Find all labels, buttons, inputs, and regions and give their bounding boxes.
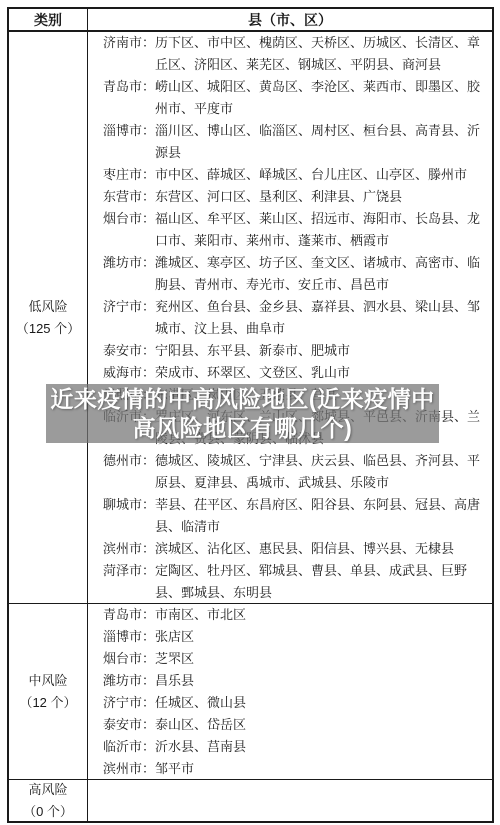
risk-area-document: 类别 县（市、区） 低风险 （125 个） 济南市：历下区、市中区、槐荫区、天桥… <box>0 0 500 825</box>
section-entries-high <box>88 780 492 821</box>
watermark-line1: 近来疫情的中高风险地区(近来疫情中 <box>50 385 434 414</box>
city-name: 青岛市： <box>103 607 155 622</box>
area-list: 滨城区、沾化区、惠民县、阳信县、博兴县、无棣县 <box>155 541 454 556</box>
watermark-line2: 高风险地区有哪几个) <box>133 414 353 443</box>
area-list: 市南区、市北区 <box>155 607 246 622</box>
city-entry: 泰安市：泰山区、岱岳区 <box>103 714 490 736</box>
watermark-overlay: 近来疫情的中高风险地区(近来疫情中 高风险地区有哪几个) <box>46 384 439 443</box>
city-name: 枣庄市： <box>103 167 155 182</box>
section-label-count: （0 个） <box>23 801 73 822</box>
city-entry: 淄博市：淄川区、博山区、临淄区、周村区、桓台县、高青县、沂源县 <box>103 120 490 164</box>
city-entry: 东营市：东营区、河口区、垦利区、利津县、广饶县 <box>103 186 490 208</box>
city-entry: 济南市：历下区、市中区、槐荫区、天桥区、历城区、长清区、章丘区、济阳区、莱芜区、… <box>103 32 490 76</box>
area-list: 德城区、陵城区、宁津县、庆云县、临邑县、齐河县、平原县、夏津县、禹城市、武城县、… <box>155 453 480 490</box>
area-list: 兖州区、鱼台县、金乡县、嘉祥县、泗水县、梁山县、邹城市、汶上县、曲阜市 <box>155 299 480 336</box>
city-name: 泰安市： <box>103 343 155 358</box>
city-name: 济宁市： <box>103 695 155 710</box>
area-list: 定陶区、牡丹区、郓城县、曹县、单县、成武县、巨野县、鄄城县、东明县 <box>155 563 467 600</box>
section-medium-risk: 中风险 （12 个） 青岛市：市南区、市北区 淄博市：张店区 烟台市：芝罘区 潍… <box>9 604 492 780</box>
area-list: 邹平市 <box>155 761 194 776</box>
city-entry: 淄博市：张店区 <box>103 626 490 648</box>
area-list: 沂水县、莒南县 <box>155 739 246 754</box>
city-name: 淄博市： <box>103 629 155 644</box>
city-name: 聊城市： <box>103 497 155 512</box>
city-entry: 潍坊市：昌乐县 <box>103 670 490 692</box>
area-list: 东营区、河口区、垦利区、利津县、广饶县 <box>155 189 402 204</box>
area-list: 淄川区、博山区、临淄区、周村区、桓台县、高青县、沂源县 <box>155 123 480 160</box>
section-label-high: 高风险 （0 个） <box>9 780 88 821</box>
header-category: 类别 <box>9 9 88 30</box>
city-name: 烟台市： <box>103 651 155 666</box>
section-label-title: 中风险 <box>28 670 67 692</box>
section-label-medium: 中风险 （12 个） <box>9 604 88 779</box>
area-list: 任城区、微山县 <box>155 695 246 710</box>
city-name: 威海市： <box>103 365 155 380</box>
city-entry: 烟台市：芝罘区 <box>103 648 490 670</box>
city-entry: 临沂市：沂水县、莒南县 <box>103 736 490 758</box>
city-name: 济宁市： <box>103 299 155 314</box>
city-name: 青岛市： <box>103 79 155 94</box>
city-entry: 菏泽市：定陶区、牡丹区、郓城县、曹县、单县、成武县、巨野县、鄄城县、东明县 <box>103 560 490 603</box>
city-name: 滨州市： <box>103 761 155 776</box>
section-label-count: （125 个） <box>16 318 80 340</box>
city-entry: 青岛市：崂山区、城阳区、黄岛区、李沧区、莱西市、即墨区、胶州市、平度市 <box>103 76 490 120</box>
area-list: 市中区、薛城区、峄城区、台儿庄区、山亭区、滕州市 <box>155 167 467 182</box>
section-low-risk: 低风险 （125 个） 济南市：历下区、市中区、槐荫区、天桥区、历城区、长清区、… <box>9 32 492 604</box>
area-list: 昌乐县 <box>155 673 194 688</box>
city-name: 德州市： <box>103 453 155 468</box>
city-entry: 威海市：荣成市、环翠区、文登区、乳山市 <box>103 362 490 384</box>
section-label-count: （12 个） <box>19 692 76 714</box>
table-header-row: 类别 县（市、区） <box>9 9 492 32</box>
city-name: 临沂市： <box>103 739 155 754</box>
city-entry: 济宁市：兖州区、鱼台县、金乡县、嘉祥县、泗水县、梁山县、邹城市、汶上县、曲阜市 <box>103 296 490 340</box>
area-list: 莘县、茌平区、东昌府区、阳谷县、东阿县、冠县、高唐县、临清市 <box>155 497 480 534</box>
city-entry: 滨州市：邹平市 <box>103 758 490 779</box>
city-entry: 烟台市：福山区、牟平区、莱山区、招远市、海阳市、长岛县、龙口市、莱阳市、莱州市、… <box>103 208 490 252</box>
area-list: 泰山区、岱岳区 <box>155 717 246 732</box>
city-name: 济南市： <box>103 35 155 50</box>
header-county: 县（市、区） <box>88 9 492 30</box>
city-name: 菏泽市： <box>103 563 155 578</box>
area-list: 芝罘区 <box>155 651 194 666</box>
section-label-title: 低风险 <box>28 296 67 318</box>
section-entries-low: 济南市：历下区、市中区、槐荫区、天桥区、历城区、长清区、章丘区、济阳区、莱芜区、… <box>88 32 492 603</box>
city-entry: 潍坊市：潍城区、寒亭区、坊子区、奎文区、诸城市、高密市、临朐县、青州市、寿光市、… <box>103 252 490 296</box>
section-label-low: 低风险 （125 个） <box>9 32 88 603</box>
city-name: 潍坊市： <box>103 673 155 688</box>
section-entries-medium: 青岛市：市南区、市北区 淄博市：张店区 烟台市：芝罘区 潍坊市：昌乐县 济宁市：… <box>88 604 492 779</box>
area-list: 潍城区、寒亭区、坊子区、奎文区、诸城市、高密市、临朐县、青州市、寿光市、安丘市、… <box>155 255 480 292</box>
city-name: 滨州市： <box>103 541 155 556</box>
city-name: 烟台市： <box>103 211 155 226</box>
area-list: 福山区、牟平区、莱山区、招远市、海阳市、长岛县、龙口市、莱阳市、莱州市、蓬莱市、… <box>155 211 480 248</box>
city-entry: 滨州市：滨城区、沾化区、惠民县、阳信县、博兴县、无棣县 <box>103 538 490 560</box>
city-entry: 枣庄市：市中区、薛城区、峄城区、台儿庄区、山亭区、滕州市 <box>103 164 490 186</box>
city-entry: 泰安市：宁阳县、东平县、新泰市、肥城市 <box>103 340 490 362</box>
city-entry: 聊城市：莘县、茌平区、东昌府区、阳谷县、东阿县、冠县、高唐县、临清市 <box>103 494 490 538</box>
area-list: 宁阳县、东平县、新泰市、肥城市 <box>155 343 350 358</box>
city-name: 潍坊市： <box>103 255 155 270</box>
area-list: 历下区、市中区、槐荫区、天桥区、历城区、长清区、章丘区、济阳区、莱芜区、钢城区、… <box>155 35 480 72</box>
city-entry: 济宁市：任城区、微山县 <box>103 692 490 714</box>
section-high-risk: 高风险 （0 个） <box>9 780 492 821</box>
city-entry: 青岛市：市南区、市北区 <box>103 604 490 626</box>
city-name: 泰安市： <box>103 717 155 732</box>
area-list: 张店区 <box>155 629 194 644</box>
city-name: 东营市： <box>103 189 155 204</box>
section-label-title: 高风险 <box>28 780 67 801</box>
area-list: 荣成市、环翠区、文登区、乳山市 <box>155 365 350 380</box>
city-entry: 德州市：德城区、陵城区、宁津县、庆云县、临邑县、齐河县、平原县、夏津县、禹城市、… <box>103 450 490 494</box>
area-list: 崂山区、城阳区、黄岛区、李沧区、莱西市、即墨区、胶州市、平度市 <box>155 79 480 116</box>
city-name: 淄博市： <box>103 123 155 138</box>
